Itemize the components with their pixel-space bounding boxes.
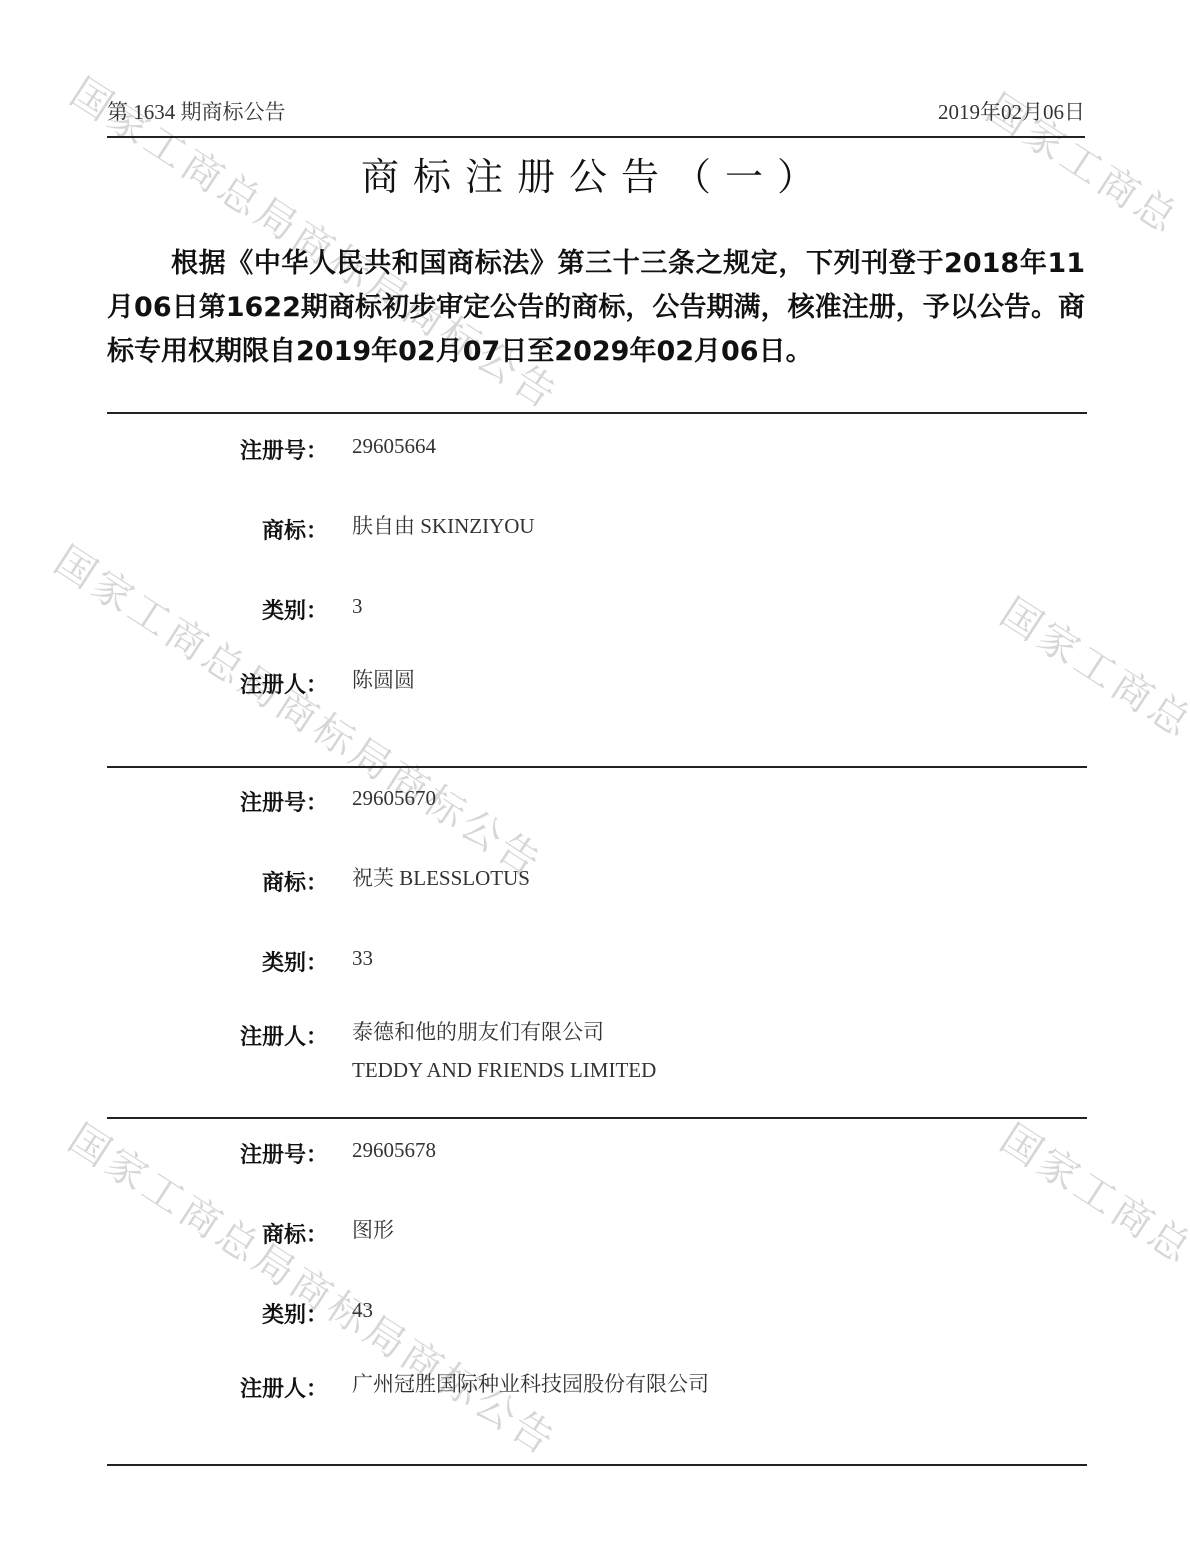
watermark: 国家工商总	[991, 1108, 1190, 1276]
mark-value: 祝芙 BLESSLOTUS	[352, 860, 530, 896]
reg-no-label: 注册号：	[208, 786, 328, 817]
mark-value: 图形	[352, 1212, 394, 1248]
class-value: 33	[352, 940, 373, 976]
reg-no-value: 29605664	[352, 428, 436, 464]
registrant-en-value: TEDDY AND FRIENDS LIMITED	[352, 1052, 656, 1088]
mark-label: 商标：	[208, 1218, 328, 1249]
page-title: 商标注册公告（一）	[0, 146, 1190, 201]
class-value: 43	[352, 1292, 373, 1328]
reg-no-value: 29605670	[352, 780, 436, 816]
class-label: 类别：	[208, 946, 328, 977]
registrant-value: 泰德和他的朋友们有限公司	[352, 1014, 604, 1050]
divider	[107, 412, 1087, 414]
class-label: 类别：	[208, 594, 328, 625]
class-value: 3	[352, 588, 363, 624]
registrant-value: 广州冠胜国际种业科技园股份有限公司	[352, 1366, 709, 1402]
watermark: 国家工商总局商标局商标公告	[45, 530, 556, 889]
divider	[107, 1117, 1087, 1119]
registrant-label: 注册人：	[208, 1372, 328, 1403]
registrant-label: 注册人：	[208, 668, 328, 699]
mark-label: 商标：	[208, 866, 328, 897]
class-label: 类别：	[208, 1298, 328, 1329]
reg-no-label: 注册号：	[208, 434, 328, 465]
reg-no-value: 29605678	[352, 1132, 436, 1168]
divider	[107, 1464, 1087, 1466]
registrant-label: 注册人：	[208, 1020, 328, 1051]
watermark: 国家工商总	[991, 582, 1190, 750]
divider	[107, 766, 1087, 768]
mark-value: 肤自由 SKINZIYOU	[352, 508, 535, 544]
publication-date: 2019年02月06日	[938, 96, 1085, 126]
reg-no-label: 注册号：	[208, 1138, 328, 1169]
mark-label: 商标：	[208, 514, 328, 545]
intro-paragraph: 根据《中华人民共和国商标法》第三十三条之规定，下列刊登于2018年11月06日第…	[107, 242, 1085, 374]
registrant-value: 陈圆圆	[352, 662, 415, 698]
page-header: 第 1634 期商标公告 2019年02月06日	[107, 96, 1085, 138]
issue-number: 第 1634 期商标公告	[107, 96, 286, 126]
